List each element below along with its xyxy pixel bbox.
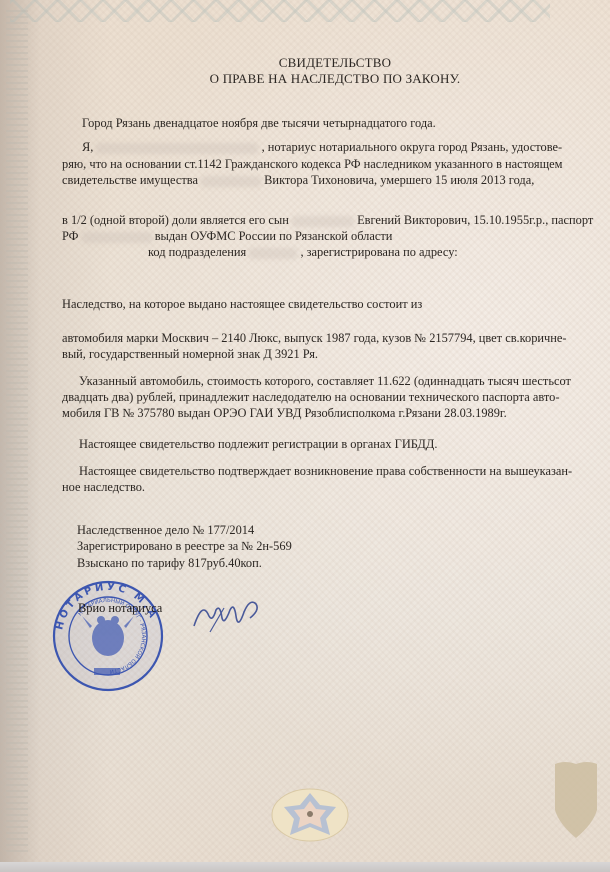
heir-line-3: код подразделения , зарегистрирована по … (148, 244, 458, 261)
redacted-division-code (249, 248, 297, 259)
car-line-2: вый, государственный номерной знак Д 392… (62, 346, 318, 363)
ownership-line-1: Настоящее свидетельство подтверждает воз… (79, 463, 572, 480)
heir-line-3-end: , зарегистрирована по адресу: (300, 245, 457, 259)
redacted-heir-surname (292, 216, 354, 227)
heir-line-2: РФ выдан ОУФМС России по Рязанской облас… (62, 228, 392, 245)
heir-line-1-start: в 1/2 (одной второй) доли является его с… (62, 213, 289, 227)
ownership-line-2: ное наследство. (62, 479, 145, 496)
registration-note: Настоящее свидетельство подлежит регистр… (79, 436, 437, 453)
car-line-1: автомобиля марки Москвич – 2140 Люкс, вы… (62, 330, 567, 347)
heir-line-2-end: выдан ОУФМС России по Рязанской области (155, 229, 393, 243)
title-line-1: СВИДЕТЕЛЬСТВО (0, 55, 610, 71)
title-line-2: О ПРАВЕ НА НАСЛЕДСТВО ПО ЗАКОНУ. (0, 71, 610, 87)
signature-icon (190, 596, 262, 638)
notary-line-1-end: , нотариус нотариального округа город Ря… (262, 140, 563, 154)
notary-line-3-start: свидетельстве имущества (62, 173, 198, 187)
notary-line-3: свидетельстве имущества Виктора Тихонови… (62, 172, 534, 189)
document-text: СВИДЕТЕЛЬСТВО О ПРАВЕ НА НАСЛЕДСТВО ПО З… (0, 0, 610, 872)
heir-line-2-start: РФ (62, 229, 78, 243)
redacted-passport-number (82, 232, 152, 243)
notary-line-1-start: Я, (82, 140, 93, 154)
notary-line-1: Я, , нотариус нотариального округа город… (82, 139, 562, 156)
registry-number: Зарегистрировано в реестре за № 2н-569 (77, 538, 292, 555)
redacted-surname (201, 176, 261, 187)
fee-line: Взыскано по тарифу 817руб.40коп. (77, 555, 262, 572)
inheritance-intro: Наследство, на которое выдано настоящее … (62, 296, 422, 313)
notary-stamp-icon: НОТАРИУС М.А НОТАРИАЛЬНЫЙ ОКРУГ · РЯЗАНС… (52, 580, 164, 692)
signatory-label: Врио нотариуса (78, 600, 162, 617)
date-line: Город Рязань двенадцатое ноября две тыся… (82, 115, 436, 132)
value-line-2: двадцать два) рублей, принадлежит наслед… (62, 389, 559, 406)
notary-line-3-end: Виктора Тихоновича, умершего 15 июля 201… (264, 173, 534, 187)
heir-line-1-end: Евгений Викторович, 15.10.1955г.р., пасп… (357, 213, 593, 227)
document-title: СВИДЕТЕЛЬСТВО О ПРАВЕ НА НАСЛЕДСТВО ПО З… (0, 55, 610, 87)
redacted-notary-name (96, 143, 258, 154)
heir-line-3-start: код подразделения (148, 245, 246, 259)
value-line-1: Указанный автомобиль, стоимость которого… (79, 373, 571, 390)
heir-line-1: в 1/2 (одной второй) доли является его с… (62, 212, 593, 229)
case-number: Наследственное дело № 177/2014 (77, 522, 254, 539)
value-line-3: мобиля ГВ № 375780 выдан ОРЭО ГАИ УВД Ря… (62, 405, 507, 422)
notary-line-2: ряю, что на основании ст.1142 Гражданско… (62, 156, 562, 173)
